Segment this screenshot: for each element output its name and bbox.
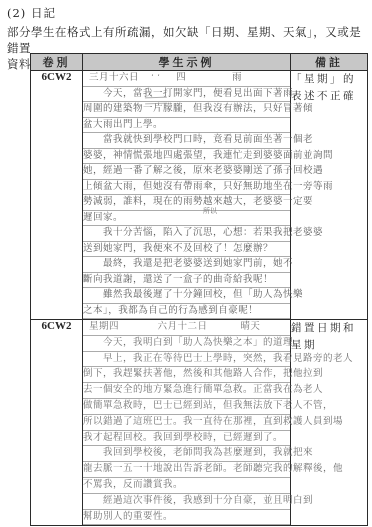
diary-line: 不罵我，反而讚賞我。 bbox=[83, 478, 290, 494]
diary-date-line: 星期四六月十二日晴天 bbox=[83, 320, 290, 336]
header-example-col: 學生示例 bbox=[83, 54, 291, 71]
student-example-handwriting: 星期四六月十二日晴天 今天，我明白到「助人為快樂之本」的道理。 早上，我正在等待… bbox=[83, 320, 291, 526]
intro-line: 部分學生在格式上有所疏漏，如欠缺「日期、星期、天氣」，又或是錯置 bbox=[7, 24, 367, 56]
diary-date-line: 三月十六日四雨ʻ ʻ bbox=[83, 71, 290, 87]
diary-line: 送到她家門，我便來不及回校了！怎麼辦？ bbox=[83, 242, 290, 258]
diary-line: 所以錯過了這班巴士。我一直待在那裡，直到救護人員到場 bbox=[83, 415, 290, 431]
diary-date: 星期四 bbox=[89, 320, 119, 334]
diary-line: 婆婆，神情慌張地四處張望，我連忙走到婆婆面前並詢問 bbox=[83, 149, 290, 165]
diary-line: 去一個安全的地方緊急進行簡單急救。正當我在為老人 bbox=[83, 383, 290, 399]
table-row: 6CW2三月十六日四雨ʻ ʻ 今天，當我一打開家門，便看見出面下著雨，周圍的建築… bbox=[31, 71, 368, 320]
diary-line: 我回到學校後，老師問我為甚麼遲到，我就把來 bbox=[83, 446, 290, 462]
header-class-col: 卷別 bbox=[31, 54, 83, 71]
table-header-row: 卷別 學生示例 備註 bbox=[31, 54, 368, 71]
diary-line: 當我就快到學校門口時，竟看見前面坐著一個老 bbox=[83, 133, 290, 149]
diary-line: 最終，我還是把老婆婆送到她家門前，她不 bbox=[83, 257, 290, 273]
correction-scribble bbox=[145, 97, 167, 105]
diary-line: 幫助別人的重要性。 bbox=[83, 510, 290, 526]
diary-weekday: 六月十二日 bbox=[158, 320, 208, 334]
table-row: 6CW2星期四六月十二日晴天 今天，我明白到「助人為快樂之本」的道理。 早上，我… bbox=[31, 320, 368, 526]
diary-date: 三月十六日 bbox=[89, 71, 139, 85]
correction-tick-mark: ʻ ʻ bbox=[151, 71, 160, 85]
diary-line: 今天，當我一打開家門，便看見出面下著雨， bbox=[83, 87, 290, 103]
diary-line: 今天，我明白到「助人為快樂之本」的道理。 bbox=[83, 336, 290, 352]
diary-weather: 晴天 bbox=[240, 320, 260, 334]
diary-line: 我十分苦惱，陷入了沉思，心想：若果我把老婆婆 bbox=[83, 226, 290, 242]
diary-line: 斷向我道謝，還送了一盒子的曲奇給我呢！ bbox=[83, 273, 290, 289]
diary-line: 遲回家。所以 bbox=[83, 211, 290, 227]
examples-table: 卷別 學生示例 備註 6CW2三月十六日四雨ʻ ʻ 今天，當我一打開家門，便看見… bbox=[30, 53, 368, 526]
diary-line: 盆大雨出門上學。 bbox=[83, 118, 290, 134]
diary-line: 倒下，我趕緊扶著他，然後和其他路人合作，把他拉到 bbox=[83, 367, 290, 383]
diary-line: 雖然我最後遲了十分鐘回校，但「助人為快樂 bbox=[83, 288, 290, 304]
class-code: 6CW2 bbox=[31, 71, 83, 320]
diary-line: 周圍的建築物一片朦朧，但我沒有辦法，只好冒著傾 bbox=[83, 102, 290, 118]
diary-line: 早上，我正在等待巴士上學時，突然，我看見路旁的老人 bbox=[83, 352, 290, 368]
diary-line: 龍去脈一五一十地說出告訴老師。老師聽完我的解釋後，他 bbox=[83, 462, 290, 478]
header-remark-col: 備註 bbox=[291, 54, 368, 71]
document-page: (2) 日記 部分學生在格式上有所疏漏，如欠缺「日期、星期、天氣」，又或是錯置 … bbox=[0, 0, 372, 527]
diary-line: 她，經過一番了解之後，原來老婆婆剛送了孫子回校遇 bbox=[83, 164, 290, 180]
diary-line: 我才起程回校。我回到學校時，已經遲到了。 bbox=[83, 431, 290, 447]
class-code: 6CW2 bbox=[31, 320, 83, 526]
diary-line: 之本」，我都為自己的行為感到自豪呢！ bbox=[83, 304, 290, 320]
diary-line: 做簡單急救時，巴士已經到站，但我無法放下老人不管， bbox=[83, 399, 290, 415]
teacher-annotation: 所以 bbox=[203, 204, 217, 218]
diary-weekday: 四 bbox=[176, 71, 186, 85]
diary-line: 勢減弱，誰料，現在的雨勢越來越大，老婆婆一定要 bbox=[83, 195, 290, 211]
diary-line: 經過這次事件後，我感到十分自豪，並且明白到 bbox=[83, 494, 290, 510]
diary-weather: 雨 bbox=[232, 71, 242, 85]
diary-line: 上傾盆大雨，但她沒有帶雨傘，只好無助地坐在一旁等雨 bbox=[83, 180, 290, 196]
student-example-handwriting: 三月十六日四雨ʻ ʻ 今天，當我一打開家門，便看見出面下著雨，周圍的建築物一片朦… bbox=[83, 71, 291, 320]
section-heading: (2) 日記 bbox=[7, 5, 56, 21]
